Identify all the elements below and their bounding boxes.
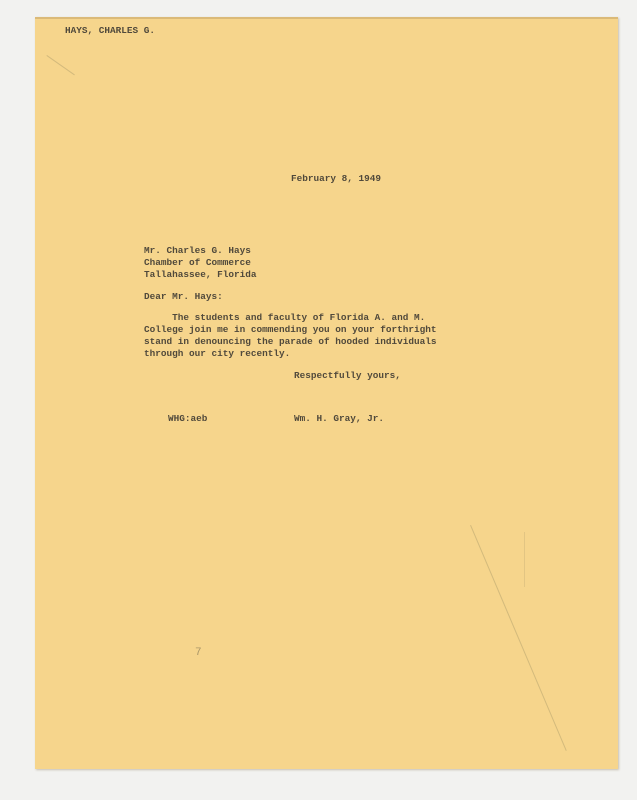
- body-line: College join me in commending you on you…: [144, 324, 437, 336]
- body-line: stand in denouncing the parade of hooded…: [144, 336, 437, 348]
- recipient-organization: Chamber of Commerce: [144, 257, 251, 269]
- file-label: HAYS, CHARLES G.: [65, 25, 155, 37]
- recipient-city: Tallahassee, Florida: [144, 269, 257, 281]
- recipient-name: Mr. Charles G. Hays: [144, 245, 251, 257]
- signer-name: Wm. H. Gray, Jr.: [294, 413, 384, 425]
- pencil-stroke: [470, 525, 567, 751]
- body-line: The students and faculty of Florida A. a…: [144, 312, 425, 324]
- pencil-stroke: [46, 55, 74, 75]
- body-line: through our city recently.: [144, 348, 290, 360]
- letter-page: HAYS, CHARLES G. February 8, 1949 Mr. Ch…: [35, 17, 618, 769]
- letter-date: February 8, 1949: [291, 173, 381, 185]
- closing: Respectfully yours,: [294, 370, 401, 382]
- reference-initials: WHG:aeb: [168, 413, 207, 425]
- salutation: Dear Mr. Hays:: [144, 291, 223, 303]
- pencil-number: 7: [195, 647, 202, 659]
- pencil-stroke: [524, 532, 525, 587]
